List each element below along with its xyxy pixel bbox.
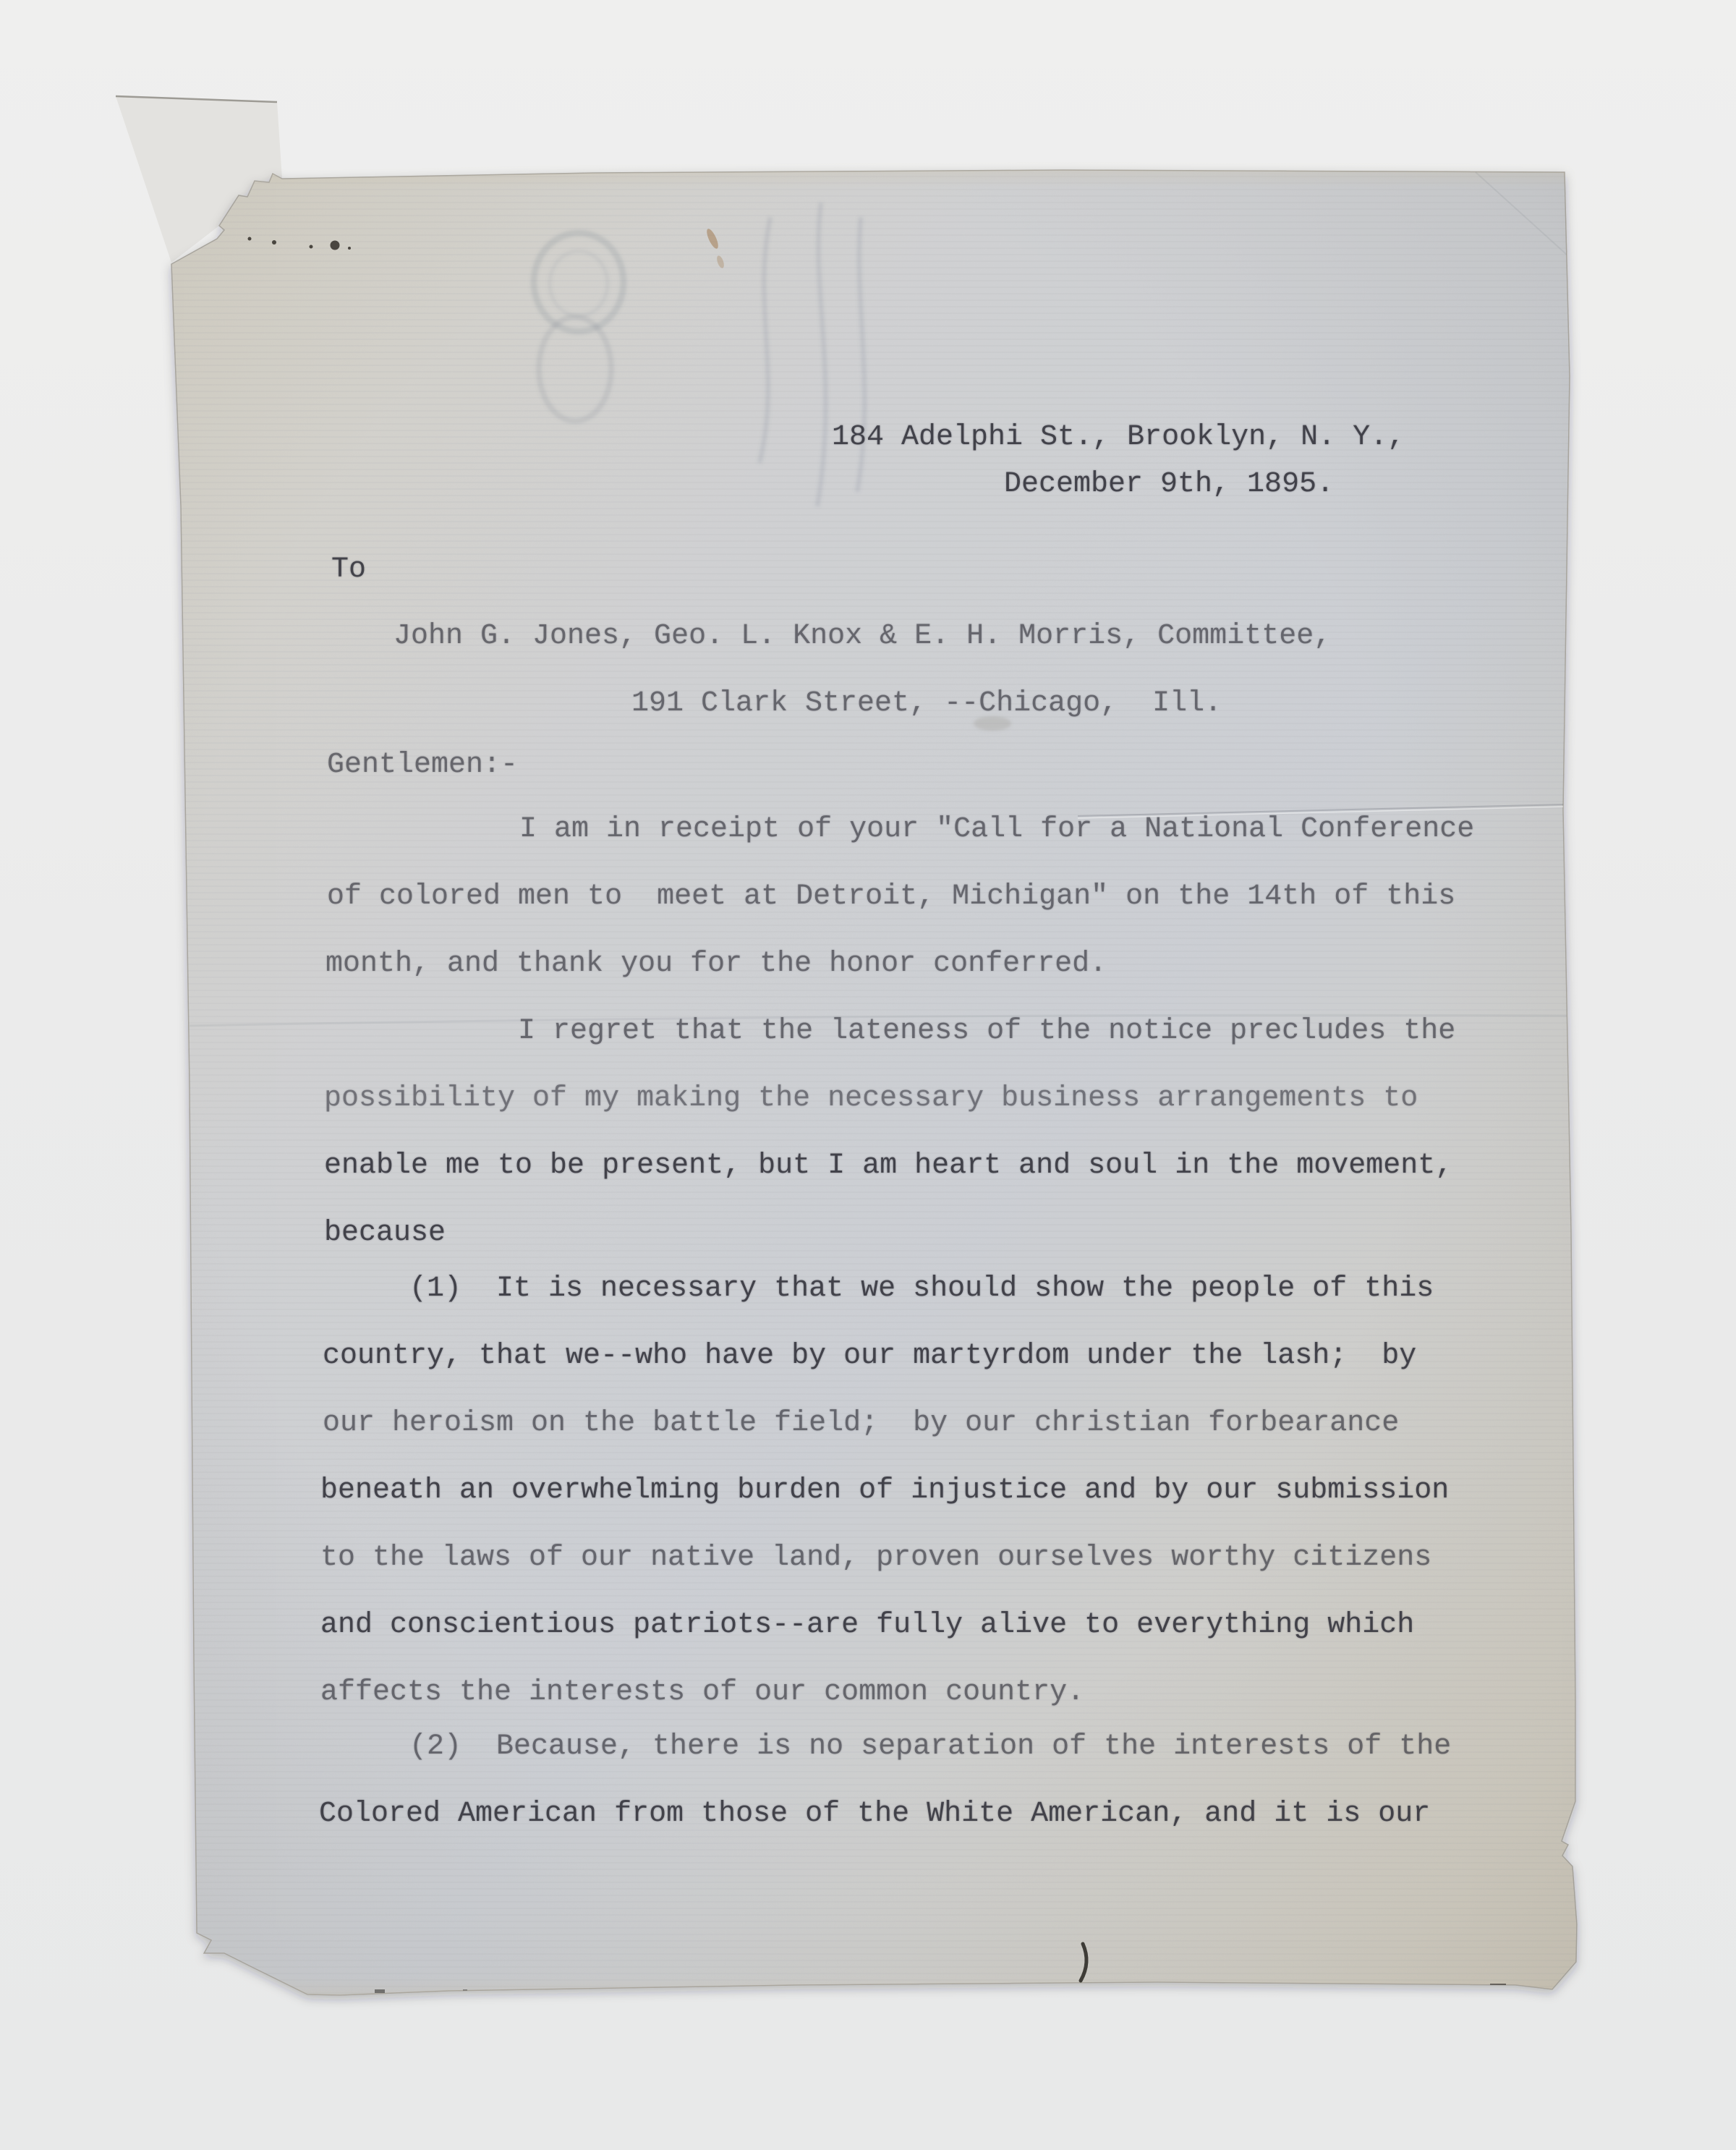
street-line: 191 Clark Street, --Chicago, Ill. <box>631 689 1222 718</box>
to-label: To <box>331 556 366 585</box>
body-line: month, and thank you for the honor confe… <box>325 950 1107 979</box>
body-line: I regret that the lateness of the notice… <box>518 1017 1455 1046</box>
typewritten-text: 184 Adelphi St., Brooklyn, N. Y., Decemb… <box>0 0 1736 2150</box>
body-line: (1) It is necessary that we should show … <box>409 1275 1434 1304</box>
body-line: because <box>324 1219 446 1248</box>
dateline-address: 184 Adelphi St., Brooklyn, N. Y., <box>832 423 1405 452</box>
body-line: (2) Because, there is no separation of t… <box>409 1733 1451 1762</box>
body-line: Colored American from those of the White… <box>319 1800 1430 1829</box>
recipient-line: John G. Jones, Geo. L. Knox & E. H. Morr… <box>393 622 1331 651</box>
body-line: beneath an overwhelming burden of injust… <box>320 1476 1449 1505</box>
body-line: our heroism on the battle field; by our … <box>323 1409 1399 1438</box>
body-line: to the laws of our native land, proven o… <box>320 1544 1431 1573</box>
salutation: Gentlemen:- <box>327 751 518 780</box>
body-line: possibility of my making the necessary b… <box>324 1084 1418 1113</box>
scanned-letter-scene: 184 Adelphi St., Brooklyn, N. Y., Decemb… <box>0 0 1736 2150</box>
body-line: I am in receipt of your "Call for a Nati… <box>519 815 1474 844</box>
body-line: country, that we--who have by our martyr… <box>323 1342 1416 1371</box>
body-line: of colored men to meet at Detroit, Michi… <box>327 883 1455 912</box>
body-line: affects the interests of our common coun… <box>320 1678 1084 1707</box>
body-line: enable me to be present, but I am heart … <box>324 1152 1452 1181</box>
body-line: and conscientious patriots--are fully al… <box>320 1611 1414 1640</box>
dateline-date: December 9th, 1895. <box>1004 470 1334 499</box>
